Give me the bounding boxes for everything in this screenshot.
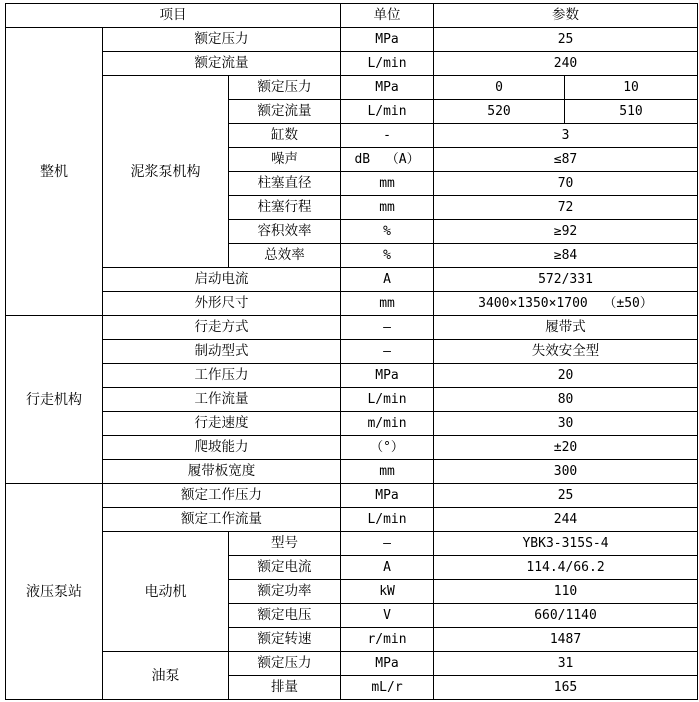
value-cell: 失效安全型 bbox=[434, 340, 698, 364]
item-label: 制动型式 bbox=[103, 340, 341, 364]
value-cell: 20 bbox=[434, 364, 698, 388]
value-cell: 25 bbox=[434, 484, 698, 508]
unit-cell: mm bbox=[341, 172, 434, 196]
item-label: 爬坡能力 bbox=[103, 436, 341, 460]
unit-cell: mm bbox=[341, 292, 434, 316]
group-hydraulic-station: 液压泵站 bbox=[6, 484, 103, 700]
unit-cell: A bbox=[341, 268, 434, 292]
subgroup-oil-pump: 油泵 bbox=[103, 652, 229, 700]
value-cell: ±20 bbox=[434, 436, 698, 460]
table-row: 整机 额定压力 MPa 25 bbox=[6, 28, 698, 52]
unit-cell: MPa bbox=[341, 28, 434, 52]
table-row: 爬坡能力 （°） ±20 bbox=[6, 436, 698, 460]
item-label: 额定工作流量 bbox=[103, 508, 341, 532]
item-label: 工作流量 bbox=[103, 388, 341, 412]
item-label: 容积效率 bbox=[229, 220, 341, 244]
header-params: 参数 bbox=[434, 4, 698, 28]
value-cell: ≤87 bbox=[434, 148, 698, 172]
item-label: 排量 bbox=[229, 676, 341, 700]
value-cell: 3 bbox=[434, 124, 698, 148]
value-cell: 240 bbox=[434, 52, 698, 76]
table-row: 启动电流 A 572/331 bbox=[6, 268, 698, 292]
table-row: 行走速度 m/min 30 bbox=[6, 412, 698, 436]
unit-cell: dB （A） bbox=[341, 148, 434, 172]
unit-cell: A bbox=[341, 556, 434, 580]
unit-cell: L/min bbox=[341, 52, 434, 76]
value-cell: 572/331 bbox=[434, 268, 698, 292]
table-row: 工作流量 L/min 80 bbox=[6, 388, 698, 412]
unit-cell: mL/r bbox=[341, 676, 434, 700]
table-row: 额定流量 L/min 240 bbox=[6, 52, 698, 76]
unit-cell: — bbox=[341, 316, 434, 340]
item-label: 噪声 bbox=[229, 148, 341, 172]
value-cell-a: 0 bbox=[434, 76, 565, 100]
unit-cell: V bbox=[341, 604, 434, 628]
value-cell: 履带式 bbox=[434, 316, 698, 340]
item-label: 启动电流 bbox=[103, 268, 341, 292]
item-label: 额定压力 bbox=[103, 28, 341, 52]
table-row: 额定工作流量 L/min 244 bbox=[6, 508, 698, 532]
unit-cell: m/min bbox=[341, 412, 434, 436]
spec-table: 项目 单位 参数 整机 额定压力 MPa 25 额定流量 L/min 240 泥… bbox=[5, 3, 698, 700]
table-row: 工作压力 MPa 20 bbox=[6, 364, 698, 388]
item-label: 额定流量 bbox=[103, 52, 341, 76]
item-label: 缸数 bbox=[229, 124, 341, 148]
unit-cell: mm bbox=[341, 196, 434, 220]
value-cell: 3400×1350×1700 （±50） bbox=[434, 292, 698, 316]
item-label: 额定流量 bbox=[229, 100, 341, 124]
item-label: 柱塞直径 bbox=[229, 172, 341, 196]
unit-cell: % bbox=[341, 244, 434, 268]
table-row: 油泵 额定压力 MPa 31 bbox=[6, 652, 698, 676]
unit-cell: MPa bbox=[341, 484, 434, 508]
value-cell: 30 bbox=[434, 412, 698, 436]
unit-cell: kW bbox=[341, 580, 434, 604]
value-cell: 70 bbox=[434, 172, 698, 196]
value-cell: ≥92 bbox=[434, 220, 698, 244]
item-label: 额定工作压力 bbox=[103, 484, 341, 508]
value-cell: 110 bbox=[434, 580, 698, 604]
item-label: 额定电压 bbox=[229, 604, 341, 628]
table-row: 行走机构 行走方式 — 履带式 bbox=[6, 316, 698, 340]
item-label: 工作压力 bbox=[103, 364, 341, 388]
item-label: 总效率 bbox=[229, 244, 341, 268]
value-cell-b: 10 bbox=[565, 76, 698, 100]
value-cell: ≥84 bbox=[434, 244, 698, 268]
unit-cell: L/min bbox=[341, 508, 434, 532]
table-row: 外形尺寸 mm 3400×1350×1700 （±50） bbox=[6, 292, 698, 316]
item-label: 额定电流 bbox=[229, 556, 341, 580]
unit-cell: （°） bbox=[341, 436, 434, 460]
subgroup-motor: 电动机 bbox=[103, 532, 229, 652]
item-label: 履带板宽度 bbox=[103, 460, 341, 484]
value-cell: 165 bbox=[434, 676, 698, 700]
value-cell-a: 520 bbox=[434, 100, 565, 124]
unit-cell: r/min bbox=[341, 628, 434, 652]
value-cell: 244 bbox=[434, 508, 698, 532]
header-row: 项目 单位 参数 bbox=[6, 4, 698, 28]
item-label: 外形尺寸 bbox=[103, 292, 341, 316]
item-label: 行走方式 bbox=[103, 316, 341, 340]
unit-cell: % bbox=[341, 220, 434, 244]
group-travel: 行走机构 bbox=[6, 316, 103, 484]
table-row: 制动型式 — 失效安全型 bbox=[6, 340, 698, 364]
unit-cell: — bbox=[341, 340, 434, 364]
unit-cell: L/min bbox=[341, 100, 434, 124]
value-cell: 80 bbox=[434, 388, 698, 412]
item-label: 额定压力 bbox=[229, 652, 341, 676]
value-cell-b: 510 bbox=[565, 100, 698, 124]
item-label: 额定功率 bbox=[229, 580, 341, 604]
item-label: 行走速度 bbox=[103, 412, 341, 436]
header-unit: 单位 bbox=[341, 4, 434, 28]
unit-cell: L/min bbox=[341, 388, 434, 412]
value-cell: 72 bbox=[434, 196, 698, 220]
header-item: 项目 bbox=[6, 4, 341, 28]
value-cell: 25 bbox=[434, 28, 698, 52]
value-cell: YBK3-315S-4 bbox=[434, 532, 698, 556]
value-cell: 114.4/66.2 bbox=[434, 556, 698, 580]
item-label: 额定压力 bbox=[229, 76, 341, 100]
item-label: 额定转速 bbox=[229, 628, 341, 652]
unit-cell: MPa bbox=[341, 652, 434, 676]
subgroup-mud-pump: 泥浆泵机构 bbox=[103, 76, 229, 268]
table-row: 履带板宽度 mm 300 bbox=[6, 460, 698, 484]
unit-cell: - bbox=[341, 124, 434, 148]
unit-cell: MPa bbox=[341, 364, 434, 388]
table-row: 液压泵站 额定工作压力 MPa 25 bbox=[6, 484, 698, 508]
unit-cell: mm bbox=[341, 460, 434, 484]
value-cell: 1487 bbox=[434, 628, 698, 652]
group-whole-machine: 整机 bbox=[6, 28, 103, 316]
unit-cell: MPa bbox=[341, 76, 434, 100]
value-cell: 31 bbox=[434, 652, 698, 676]
item-label: 柱塞行程 bbox=[229, 196, 341, 220]
table-row: 泥浆泵机构 额定压力 MPa 0 10 bbox=[6, 76, 698, 100]
value-cell: 660/1140 bbox=[434, 604, 698, 628]
item-label: 型号 bbox=[229, 532, 341, 556]
table-row: 电动机 型号 — YBK3-315S-4 bbox=[6, 532, 698, 556]
unit-cell: — bbox=[341, 532, 434, 556]
value-cell: 300 bbox=[434, 460, 698, 484]
